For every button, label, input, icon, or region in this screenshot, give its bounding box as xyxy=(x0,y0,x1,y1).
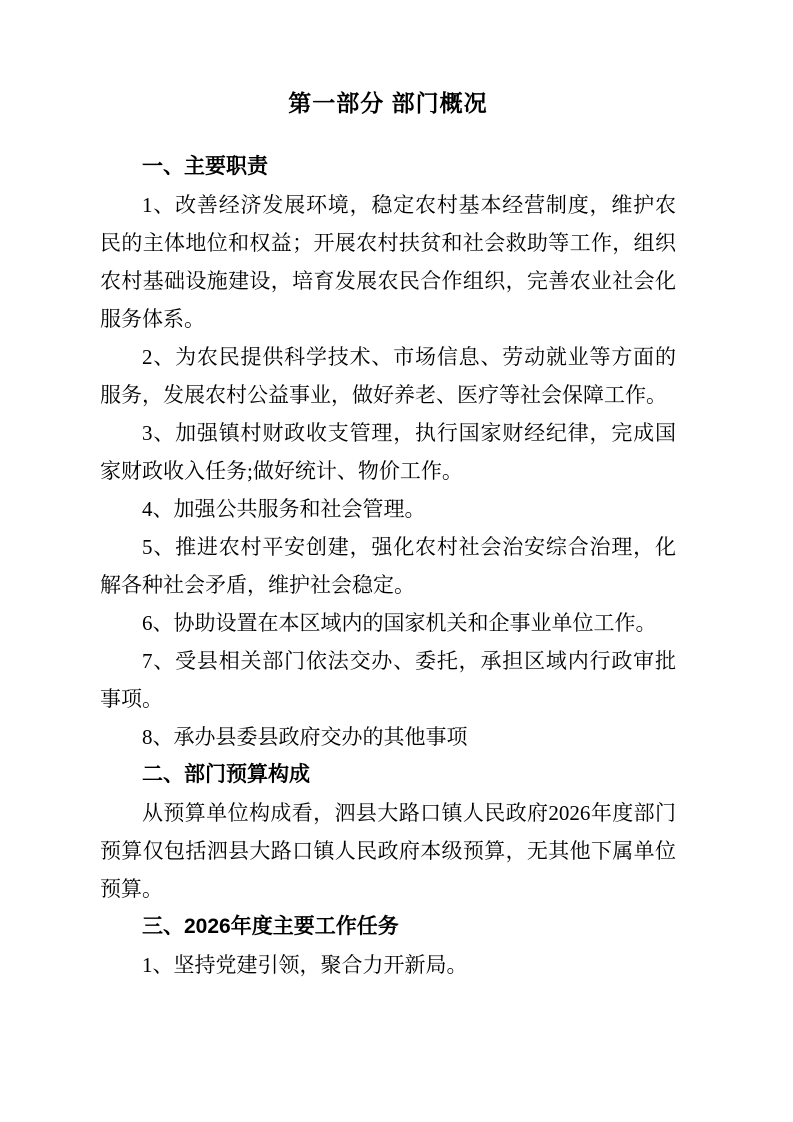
section-work-tasks: 三、2026年度主要工作任务 1、坚持党建引领，聚合力开新局。 xyxy=(100,908,676,984)
paragraph: 8、承办县委县政府交办的其他事项 xyxy=(100,718,676,756)
paragraph: 7、受县相关部门依法交办、委托，承担区域内行政审批事项。 xyxy=(100,642,676,718)
paragraph: 1、坚持党建引领，聚合力开新局。 xyxy=(100,946,676,984)
paragraph: 5、推进农村平安创建，强化农村社会治安综合治理，化解各种社会矛盾，维护社会稳定。 xyxy=(100,528,676,604)
paragraph: 4、加强公共服务和社会管理。 xyxy=(100,490,676,528)
paragraph: 2、为农民提供科学技术、市场信息、劳动就业等方面的服务，发展农村公益事业，做好养… xyxy=(100,338,676,414)
paragraph: 1、改善经济发展环境，稳定农村基本经营制度，维护农民的主体地位和权益；开展农村扶… xyxy=(100,186,676,338)
section-heading-budget-composition: 二、部门预算构成 xyxy=(100,756,676,794)
document-title: 第一部分 部门概况 xyxy=(100,88,676,118)
section-heading-main-duties: 一、主要职责 xyxy=(100,148,676,186)
paragraph: 3、加强镇村财政收支管理，执行国家财经纪律，完成国家财政收入任务;做好统计、物价… xyxy=(100,414,676,490)
paragraph: 从预算单位构成看，泗县大路口镇人民政府2026年度部门预算仅包括泗县大路口镇人民… xyxy=(100,794,676,908)
section-main-duties: 一、主要职责 1、改善经济发展环境，稳定农村基本经营制度，维护农民的主体地位和权… xyxy=(100,148,676,756)
section-budget-composition: 二、部门预算构成 从预算单位构成看，泗县大路口镇人民政府2026年度部门预算仅包… xyxy=(100,756,676,908)
paragraph: 6、协助设置在本区域内的国家机关和企事业单位工作。 xyxy=(100,604,676,642)
section-heading-work-tasks: 三、2026年度主要工作任务 xyxy=(100,908,676,946)
document-page: 第一部分 部门概况 一、主要职责 1、改善经济发展环境，稳定农村基本经营制度，维… xyxy=(0,0,793,1122)
